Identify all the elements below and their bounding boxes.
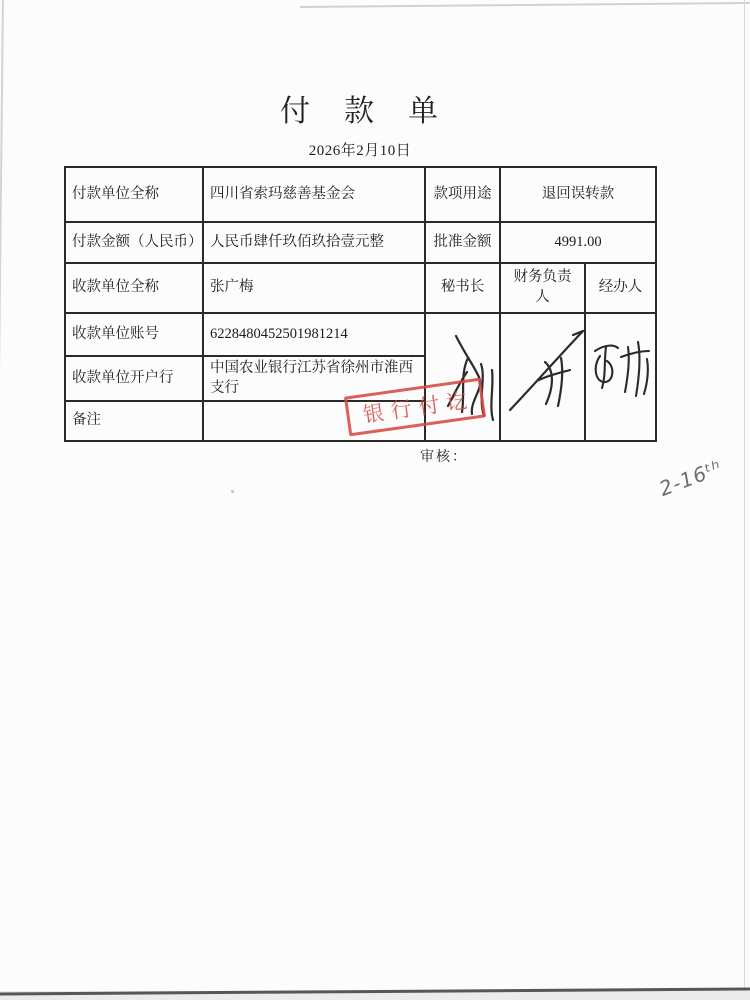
payer-name-value: 四川省索玛慈善基金会 — [203, 167, 425, 222]
secretary-general-label: 秘书长 — [425, 263, 500, 313]
scan-left-edge — [0, 0, 3, 554]
finance-officer-label: 财务负责人 — [500, 263, 585, 313]
table-row: 收款单位账号 6228480452501981214 — [65, 313, 656, 356]
purpose-label: 款项用途 — [425, 167, 500, 222]
scanned-payment-voucher: 付 款 单 2026年2月10日 付款单位全称 四川省索玛慈善基金会 款项用途 … — [0, 0, 750, 1000]
payee-account-value: 6228480452501981214 — [203, 313, 425, 356]
finance-signature — [501, 314, 584, 437]
payee-name-label: 收款单位全称 — [65, 263, 203, 313]
table-row: 付款单位全称 四川省索玛慈善基金会 款项用途 退回误转款 — [65, 167, 656, 222]
finance-signature-cell — [500, 313, 585, 441]
handler-label: 经办人 — [585, 263, 656, 313]
approved-amount-value: 4991.00 — [500, 222, 656, 263]
review-label: 审核： — [420, 446, 468, 466]
purpose-value: 退回误转款 — [500, 167, 656, 222]
handwritten-date-note: 2-16ᵗʰ — [656, 455, 726, 501]
payee-bank-label: 收款单位开户行 — [65, 356, 203, 401]
document-date: 2026年2月10日 — [0, 139, 735, 160]
payer-name-label: 付款单位全称 — [65, 167, 203, 222]
approved-amount-label: 批准金额 — [425, 222, 500, 263]
notes-label: 备注 — [65, 401, 203, 441]
amount-label: 付款金额（人民币） — [65, 222, 203, 263]
handler-signature — [586, 314, 655, 437]
amount-in-words-value: 人民币肆仟玖佰玖拾壹元整 — [203, 222, 425, 263]
table-row: 收款单位全称 张广梅 秘书长 财务负责人 经办人 — [65, 263, 656, 313]
page-title: 付 款 单 — [0, 86, 735, 130]
scan-speck — [231, 490, 234, 493]
payee-account-label: 收款单位账号 — [65, 313, 203, 356]
scan-top-edge — [300, 2, 750, 7]
payee-name-value: 张广梅 — [203, 263, 425, 313]
scan-right-edge — [744, 0, 745, 1000]
table-row: 付款金额（人民币） 人民币肆仟玖佰玖拾壹元整 批准金额 4991.00 — [65, 222, 656, 263]
handler-signature-cell — [585, 313, 656, 441]
